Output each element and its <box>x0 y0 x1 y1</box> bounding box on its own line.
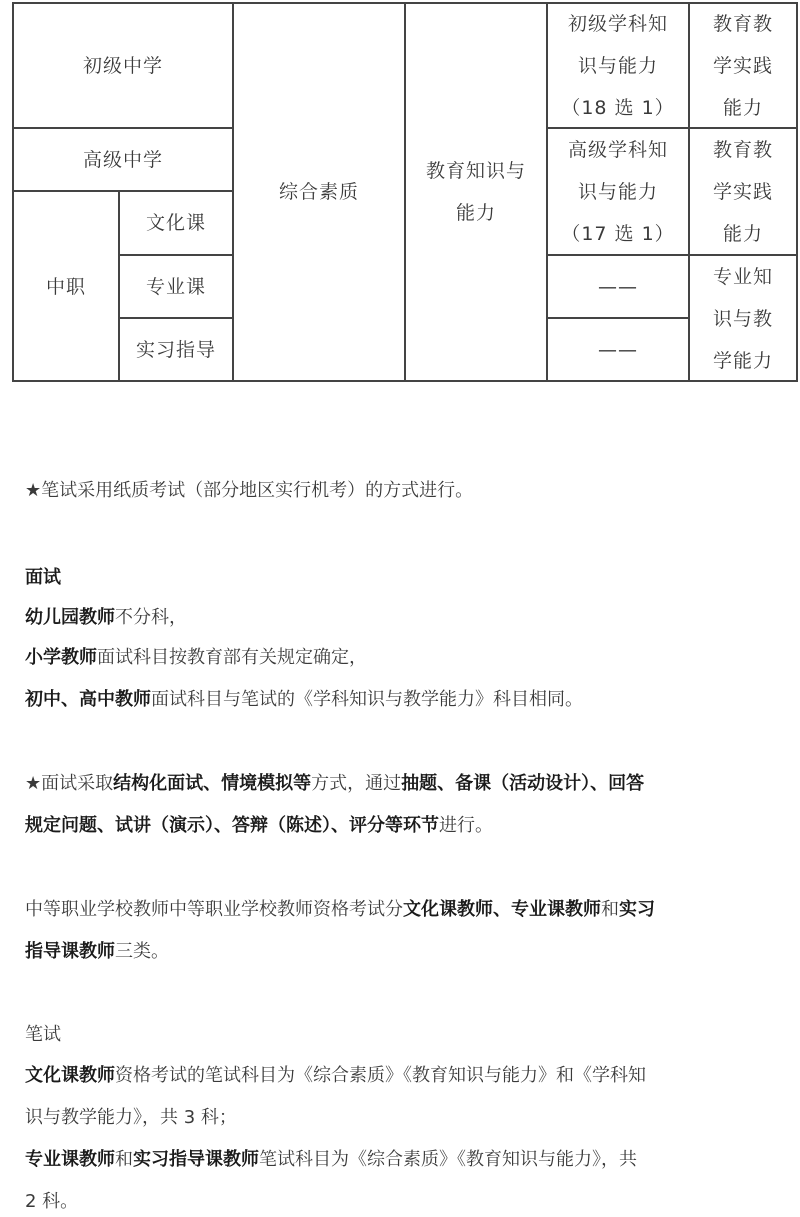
cell-line: 识与教 <box>713 298 773 340</box>
bold-text: 指导课教师 <box>25 941 115 962</box>
cell-line: 初级学科知 <box>568 3 668 45</box>
text: 中等职业学校教师中等职业学校教师资格考试分 <box>25 899 403 920</box>
prof-line2: 2 科。 <box>25 1187 78 1213</box>
interview-heading: 面试 <box>25 563 61 589</box>
bold-text: 专业课教师 <box>25 1149 115 1170</box>
prof-line1: 专业课教师和实习指导课教师笔试科目为《综合素质》《教育知识与能力》，共 <box>25 1145 637 1171</box>
text: 进行。 <box>439 815 493 836</box>
bold-text: 抽题、备课（活动设计）、回答 <box>401 773 644 794</box>
cell-culture-course: 文化课 <box>120 192 232 254</box>
bold-text: 实习指导课教师 <box>133 1149 259 1170</box>
text: ★面试采取 <box>25 773 113 794</box>
cell-teaching-practice: 教育教 学实践 能力 <box>690 129 796 254</box>
bold-text: 实习 <box>619 899 655 920</box>
cell-junior-middle: 初级中学 <box>14 4 232 128</box>
cell-internship-guidance: 实习指导 <box>120 319 232 381</box>
text: 和 <box>115 1149 133 1170</box>
exam-subjects-table: 初级中学 高级中学 中职 文化课 专业课 实习指导 综合素质 教育知识与 能力 … <box>0 0 800 400</box>
bold-text: 结构化面试、情境模拟等 <box>113 773 311 794</box>
cell-dash: —— <box>548 256 688 318</box>
kindergarten-line: 幼儿园教师不分科， <box>25 603 187 629</box>
text: 三类。 <box>115 941 169 962</box>
cell-line: 识与能力 <box>578 171 658 213</box>
text: 笔试科目为《综合素质》《教育知识与能力》，共 <box>259 1149 637 1170</box>
text: 不分科， <box>115 607 187 628</box>
bold-text: 文化课教师、专业课教师 <box>403 899 601 920</box>
text: 面试科目与笔试的《学科知识与教学能力》科目相同。 <box>151 689 583 710</box>
table-border-right <box>796 2 798 382</box>
interview-note-line1: ★面试采取结构化面试、情境模拟等方式，通过抽题、备课（活动设计）、回答 <box>25 769 644 795</box>
vocational-intro-line2: 指导课教师三类。 <box>25 937 169 963</box>
cell-line: （18 选 1） <box>561 87 674 129</box>
culture-line2: 识与教学能力》，共 3 科； <box>25 1103 237 1129</box>
interview-note-line2: 规定问题、试讲（演示）、答辩（陈述）、评分等环节进行。 <box>25 811 493 837</box>
cell-line: 专业知 <box>713 256 773 298</box>
cell-teaching-practice: 教育教 学实践 能力 <box>690 4 796 128</box>
primary-line: 小学教师面试科目按教育部有关规定确定， <box>25 643 367 669</box>
text: 和 <box>601 899 619 920</box>
cell-junior-subject-knowledge: 初级学科知 识与能力 （18 选 1） <box>548 4 688 128</box>
secondary-line: 初中、高中教师面试科目与笔试的《学科知识与教学能力》科目相同。 <box>25 685 583 711</box>
written-exam-note: ★笔试采用纸质考试（部分地区实行机考）的方式进行。 <box>25 476 473 502</box>
culture-line1: 文化课教师资格考试的笔试科目为《综合素质》《教育知识与能力》和《学科知 <box>25 1061 646 1087</box>
cell-line: 教育知识与 <box>426 150 526 192</box>
bold-text: 文化课教师 <box>25 1065 115 1086</box>
text: 方式，通过 <box>311 773 401 794</box>
bold-text: 幼儿园教师 <box>25 607 115 628</box>
cell-line: 学实践 <box>713 171 773 213</box>
cell-line: 教育教 <box>713 3 773 45</box>
cell-line: 教育教 <box>713 129 773 171</box>
cell-comprehensive-quality: 综合素质 <box>234 4 404 380</box>
text: 面试科目按教育部有关规定确定， <box>97 647 367 668</box>
cell-line: 能力 <box>456 192 496 234</box>
cell-senior-subject-knowledge: 高级学科知 识与能力 （17 选 1） <box>548 129 688 254</box>
cell-dash: —— <box>548 319 688 381</box>
bold-text: 小学教师 <box>25 647 97 668</box>
cell-line: 能力 <box>723 213 763 255</box>
cell-line: （17 选 1） <box>561 213 674 255</box>
cell-line: 高级学科知 <box>568 129 668 171</box>
cell-professional-course: 专业课 <box>120 256 232 318</box>
vocational-intro-line1: 中等职业学校教师中等职业学校教师资格考试分文化课教师、专业课教师和实习 <box>25 895 655 921</box>
written-heading: 笔试 <box>25 1020 61 1046</box>
cell-line: 学能力 <box>713 340 773 382</box>
text: 资格考试的笔试科目为《综合素质》《教育知识与能力》和《学科知 <box>115 1065 646 1086</box>
cell-professional-teaching: 专业知 识与教 学能力 <box>690 256 796 381</box>
cell-education-knowledge: 教育知识与 能力 <box>406 4 546 380</box>
cell-vocational: 中职 <box>14 192 118 381</box>
bold-text: 初中、高中教师 <box>25 689 151 710</box>
cell-senior-middle: 高级中学 <box>14 129 232 191</box>
cell-line: 能力 <box>723 87 763 129</box>
cell-line: 学实践 <box>713 45 773 87</box>
bold-text: 规定问题、试讲（演示）、答辩（陈述）、评分等环节 <box>25 815 439 836</box>
cell-line: 识与能力 <box>578 45 658 87</box>
